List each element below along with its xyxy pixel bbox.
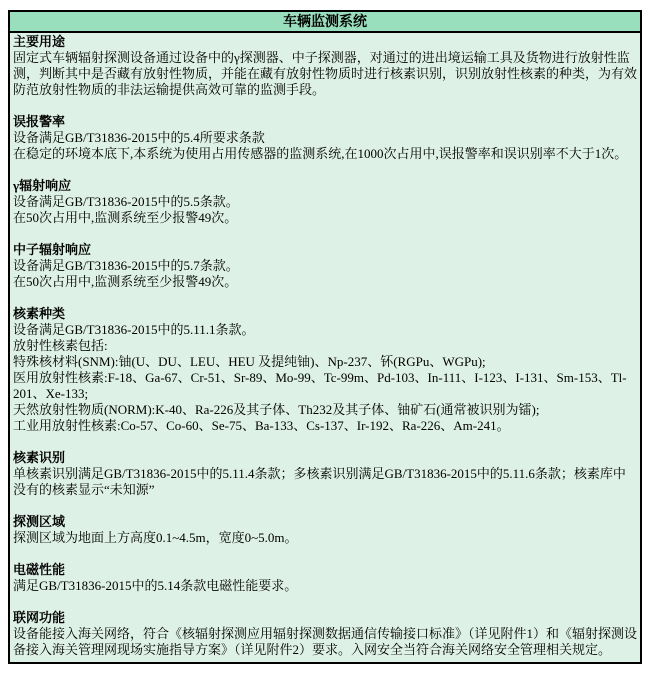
section-text-line: 工业用放射性核素:Co-57、Co-60、Se-75、Ba-133、Cs-137… bbox=[13, 418, 637, 434]
section-lines: 设备满足GB/T31836-2015中的5.11.1条款。放射性核素包括:特殊核… bbox=[13, 322, 637, 434]
section-lines: 设备能接入海关网络，符合《核辐射探测应用辐射探测数据通信传输接口标准》（详见附件… bbox=[13, 626, 637, 658]
section-heading: 探测区域 bbox=[13, 514, 637, 530]
page-title: 车辆监测系统 bbox=[283, 15, 367, 30]
section-text-line: 特殊核材料(SNM):铀(U、DU、LEU、HEU 及提纯铀)、Np-237、钚… bbox=[13, 354, 637, 370]
section-text-line: 放射性核素包括: bbox=[13, 338, 637, 354]
section-text-line: 在50次占用中,监测系统至少报警49次。 bbox=[13, 274, 637, 290]
section-text-line: 设备满足GB/T31836-2015中的5.4所要求条款 bbox=[13, 130, 637, 146]
section-text-line: 医用放射性核素:F-18、Ga-67、Cr-51、Sr-89、Mo-99、Tc-… bbox=[13, 370, 637, 402]
section-heading: 中子辐射响应 bbox=[13, 242, 637, 258]
spec-section: 误报警率 设备满足GB/T31836-2015中的5.4所要求条款在稳定的环境本… bbox=[13, 114, 637, 162]
section-lines: 单核素识别满足GB/T31836-2015中的5.11.4条款；多核素识别满足G… bbox=[13, 466, 637, 498]
spec-section: 电磁性能 满足GB/T31836-2015中的5.14条款电磁性能要求。 bbox=[13, 562, 637, 594]
section-text-line: 设备能接入海关网络，符合《核辐射探测应用辐射探测数据通信传输接口标准》（详见附件… bbox=[13, 626, 637, 658]
section-text-line: 探测区域为地面上方高度0.1~4.5m，宽度0~5.0m。 bbox=[13, 530, 637, 546]
section-heading: 核素种类 bbox=[13, 306, 637, 322]
spec-section: 主要用途 固定式车辆辐射探测设备通过设备中的γ探测器、中子探测器，对通过的进出境… bbox=[13, 34, 637, 98]
sections-container: 主要用途 固定式车辆辐射探测设备通过设备中的γ探测器、中子探测器，对通过的进出境… bbox=[13, 34, 637, 658]
spec-section: 中子辐射响应 设备满足GB/T31836-2015中的5.7条款。在50次占用中… bbox=[13, 242, 637, 290]
section-heading: 电磁性能 bbox=[13, 562, 637, 578]
section-text-line: 天然放射性物质(NORM):K-40、Ra-226及其子体、Th232及其子体、… bbox=[13, 402, 637, 418]
section-lines: 设备满足GB/T31836-2015中的5.5条款。在50次占用中,监测系统至少… bbox=[13, 194, 637, 226]
vehicle-monitoring-spec-table: 车辆监测系统 主要用途 固定式车辆辐射探测设备通过设备中的γ探测器、中子探测器，… bbox=[8, 10, 642, 664]
section-lines: 满足GB/T31836-2015中的5.14条款电磁性能要求。 bbox=[13, 578, 637, 594]
section-text-line: 设备满足GB/T31836-2015中的5.5条款。 bbox=[13, 194, 637, 210]
section-text-line: 满足GB/T31836-2015中的5.14条款电磁性能要求。 bbox=[13, 578, 637, 594]
spec-section: 核素识别 单核素识别满足GB/T31836-2015中的5.11.4条款；多核素… bbox=[13, 450, 637, 498]
section-lines: 设备满足GB/T31836-2015中的5.4所要求条款在稳定的环境本底下,本系… bbox=[13, 130, 637, 162]
section-lines: 设备满足GB/T31836-2015中的5.7条款。在50次占用中,监测系统至少… bbox=[13, 258, 637, 290]
spec-section: 探测区域 探测区域为地面上方高度0.1~4.5m，宽度0~5.0m。 bbox=[13, 514, 637, 546]
section-text-line: 设备满足GB/T31836-2015中的5.7条款。 bbox=[13, 258, 637, 274]
section-lines: 探测区域为地面上方高度0.1~4.5m，宽度0~5.0m。 bbox=[13, 530, 637, 546]
section-text-line: 在50次占用中,监测系统至少报警49次。 bbox=[13, 210, 637, 226]
spec-section: 联网功能 设备能接入海关网络，符合《核辐射探测应用辐射探测数据通信传输接口标准》… bbox=[13, 610, 637, 658]
table-body-cell: 主要用途 固定式车辆辐射探测设备通过设备中的γ探测器、中子探测器，对通过的进出境… bbox=[10, 33, 640, 662]
spec-section: γ辐射响应 设备满足GB/T31836-2015中的5.5条款。在50次占用中,… bbox=[13, 178, 637, 226]
table-title-row: 车辆监测系统 bbox=[10, 12, 640, 33]
section-heading: 核素识别 bbox=[13, 450, 637, 466]
section-text-line: 固定式车辆辐射探测设备通过设备中的γ探测器、中子探测器，对通过的进出境运输工具及… bbox=[13, 50, 637, 98]
section-heading: 联网功能 bbox=[13, 610, 637, 626]
section-lines: 固定式车辆辐射探测设备通过设备中的γ探测器、中子探测器，对通过的进出境运输工具及… bbox=[13, 50, 637, 98]
section-text-line: 在稳定的环境本底下,本系统为使用占用传感器的监测系统,在1000次占用中,误报警… bbox=[13, 146, 637, 162]
section-text-line: 设备满足GB/T31836-2015中的5.11.1条款。 bbox=[13, 322, 637, 338]
spec-section: 核素种类 设备满足GB/T31836-2015中的5.11.1条款。放射性核素包… bbox=[13, 306, 637, 434]
section-heading: γ辐射响应 bbox=[13, 178, 637, 194]
section-text-line: 单核素识别满足GB/T31836-2015中的5.11.4条款；多核素识别满足G… bbox=[13, 466, 637, 498]
section-heading: 主要用途 bbox=[13, 34, 637, 50]
section-heading: 误报警率 bbox=[13, 114, 637, 130]
